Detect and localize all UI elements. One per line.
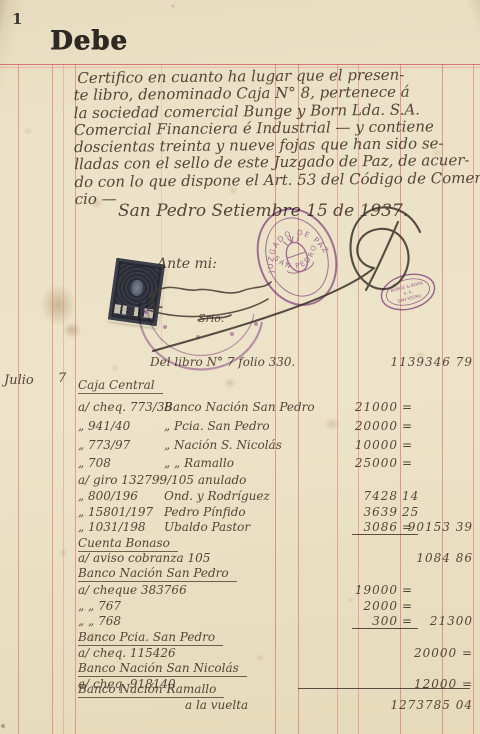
ledger-amount: 20000 [300,419,398,433]
ledger-total: 1084 86 [377,551,473,565]
ledger-total: 1273785 04 [377,698,473,712]
ledger-total: 21300 [377,614,473,628]
ledger-amount-cents: = [402,438,440,452]
ledger-heading: Cuenta Bonaso [78,536,178,552]
ledger-amount-cents: = [402,400,440,414]
ledger-entry-ref: a/ cheque 383766 [78,583,187,597]
ledger-entry-ref: a/ giro 132799/105 anulado [78,473,246,487]
ledger-amount-cents: 14 [402,489,440,503]
ledger-amount-cents: 25 [402,505,440,519]
sum-line [352,534,418,535]
ledger-entry-detail: „ „ Ramallo [164,456,234,470]
ledger-amount: 3639 [300,505,398,519]
ledger-amount: 19000 [300,583,398,597]
ledger-amount-cents: = [402,583,440,597]
ledger-heading: Banco Nación Ramallo [78,682,224,698]
ledger-entry-detail: Pedro Pínfido [164,505,246,519]
ledger-entry-ref: „ 800/196 [78,489,138,503]
ledger-entry-ref: „ „ 767 [78,599,121,613]
ledger-entry-detail: Banco Nación San Pedro [164,400,315,414]
ledger-entry-ref: „ 708 [78,456,111,470]
ledger-total: 90153 39 [377,520,473,534]
ledger-heading: Banco Nación San Pedro [78,566,237,582]
ledger-amount: 2000 [300,599,398,613]
ledger-heading: Caja Central [78,378,163,394]
ledger-body: Julio7Del libro N° 7 folio 330.1139346 7… [0,0,480,734]
ledger-entry-ref: „ 941/40 [78,419,130,433]
ledger-entry-ref: a/ cheq. 773/38 [78,400,172,414]
ledger-entry-ref: a/ aviso cobranza 105 [78,551,210,565]
ledger-entry-ref: „ 1031/198 [78,520,146,534]
ledger-day: 7 [58,371,66,386]
ledger-entry-detail: Ubaldo Pastor [164,520,250,534]
ledger-month: Julio [4,373,34,388]
ledger-amount-cents: = [402,456,440,470]
ledger-entry-ref: „ „ 768 [78,614,121,628]
ante-mi-label: Ante mi: [157,256,217,272]
ledger-entry-ref: „ 773/97 [78,438,130,452]
ledger-note: a la vuelta [185,698,248,712]
ledger-entry-detail: Ond. y Rodríguez [164,489,270,503]
ledger-amount-cents: = [402,599,440,613]
carry-forward-line [298,688,470,689]
ledger-entry-ref: a/ cheq. 115426 [78,646,176,660]
ledger-entry-ref: „ 15801/197 [78,505,153,519]
ledger-entry-detail: „ Pcia. San Pedro [164,419,270,433]
ledger-total: 1139346 79 [377,355,473,369]
ledger-heading: Banco Pcia. San Pedro [78,630,223,646]
ledger-amount-cents: = [402,419,440,433]
ledger-amount: 25000 [300,456,398,470]
ledger-entry-detail: „ Nación S. Nicolás [164,438,282,452]
secretary-title: Srio. [198,312,224,325]
ledger-amount: 7428 [300,489,398,503]
sum-line [352,628,418,629]
ledger-note: Del libro N° 7 folio 330. [150,355,295,369]
ledger-total: 20000 = [377,646,473,660]
ledger-heading: Banco Nación San Nicolás [78,661,247,677]
ledger-amount: 10000 [300,438,398,452]
ledger-amount: 21000 [300,400,398,414]
